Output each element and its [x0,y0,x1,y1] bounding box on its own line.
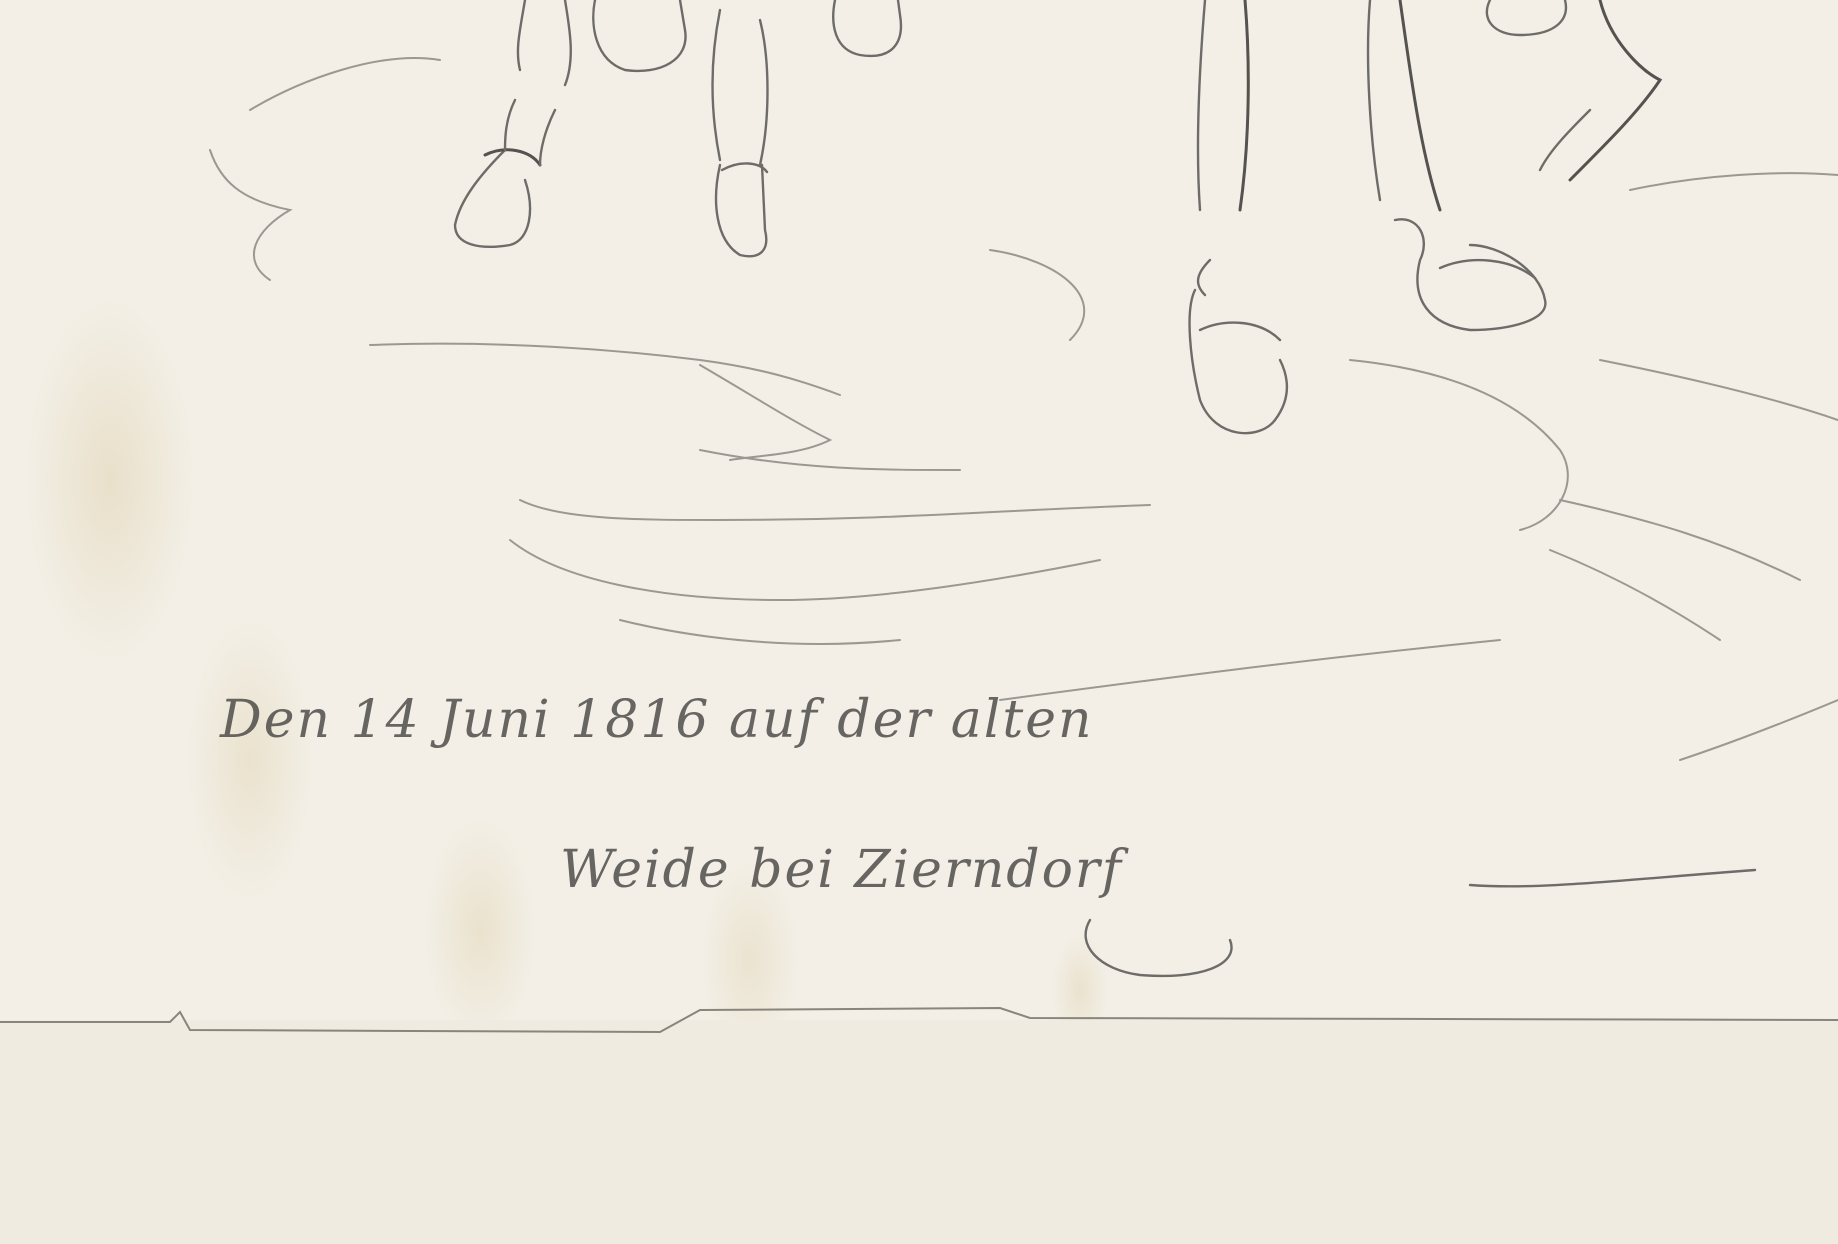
z-descender [1086,920,1232,976]
signature-flourish [1470,870,1755,886]
inscription-line-2: Weide bei Zierndorf [560,840,1123,900]
ground-lines [210,150,1838,760]
right-horse-legs [1190,0,1838,433]
inscription-line-1: Den 14 Juni 1816 auf der alten [220,690,1094,750]
left-horse-legs [250,0,901,256]
paper-edge [0,1008,1838,1032]
pencil-sketch [0,0,1838,1244]
